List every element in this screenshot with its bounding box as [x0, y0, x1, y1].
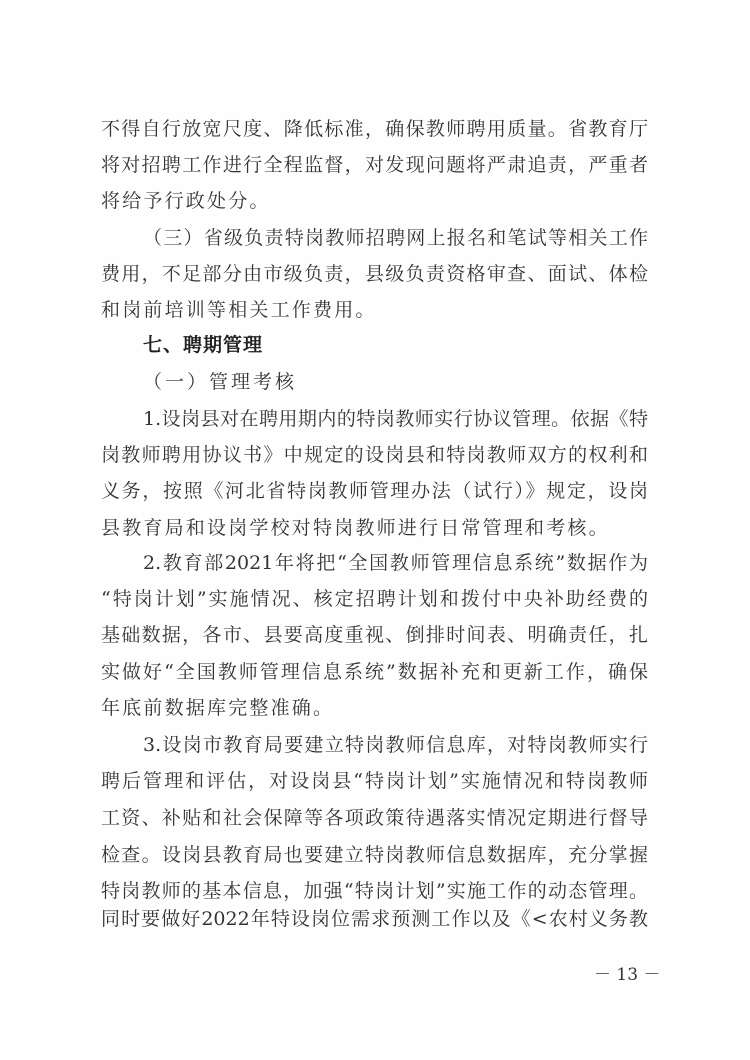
paragraph-line: 工资、补贴和社会保障等各项政策待遇落实情况定期进行督导 [101, 800, 648, 836]
subsection-heading: （一）管理考核 [143, 364, 648, 400]
paragraph-line: 义务，按照《河北省特岗教师管理办法（试行）》规定，设岗 [101, 473, 648, 509]
paragraph-line: 费用，不足部分由市级负责，县级负责资格审查、面试、体检 [101, 256, 648, 292]
paragraph-line: 实做好“全国教师管理信息系统”数据补充和更新工作，确保 [101, 654, 648, 690]
paragraph-line: 不得自行放宽尺度、降低标准，确保教师聘用质量。省教育厅 [101, 111, 648, 147]
paragraph-line: 检查。设岗县教育局也要建立特岗教师信息数据库，充分掌握 [101, 837, 648, 873]
paragraph-line: 3.设岗市教育局要建立特岗教师信息库，对特岗教师实行 [143, 727, 648, 763]
paragraph-line: 2.教育部2021年将把“全国教师管理信息系统”数据作为 [143, 545, 648, 581]
paragraph-line: 基础数据，各市、县要高度重视、倒排时间表、明确责任，扎 [101, 617, 648, 653]
paragraph-line: （三）省级负责特岗教师招聘网上报名和笔试等相关工作 [143, 220, 648, 256]
paragraph-line: 同时要做好2022年特设岗位需求预测工作以及《<农村义务教 [101, 901, 648, 937]
paragraph-line: 将对招聘工作进行全程监督，对发现问题将严肃追责，严重者 [101, 147, 648, 183]
paragraph-line: 县教育局和设岗学校对特岗教师进行日常管理和考核。 [101, 510, 648, 546]
page-number: － 13 － [594, 962, 654, 988]
section-heading: 七、聘期管理 [143, 327, 648, 363]
paragraph-line: 聘后管理和评估，对设岗县“特岗计划”实施情况和特岗教师 [101, 763, 648, 799]
paragraph-line: 和岗前培训等相关工作费用。 [101, 292, 648, 328]
paragraph-line: 1.设岗县对在聘用期内的特岗教师实行协议管理。依据《特 [143, 401, 648, 437]
paragraph-line: 年底前数据库完整准确。 [101, 690, 648, 726]
paragraph-line: “特岗计划”实施情况、核定招聘计划和拨付中央补助经费的 [101, 581, 648, 617]
paragraph-line: 岗教师聘用协议书》中规定的设岗县和特岗教师双方的权利和 [101, 437, 648, 473]
document-page: 不得自行放宽尺度、降低标准，确保教师聘用质量。省教育厅 将对招聘工作进行全程监督… [0, 0, 750, 1060]
paragraph-line: 将给予行政处分。 [101, 183, 648, 219]
